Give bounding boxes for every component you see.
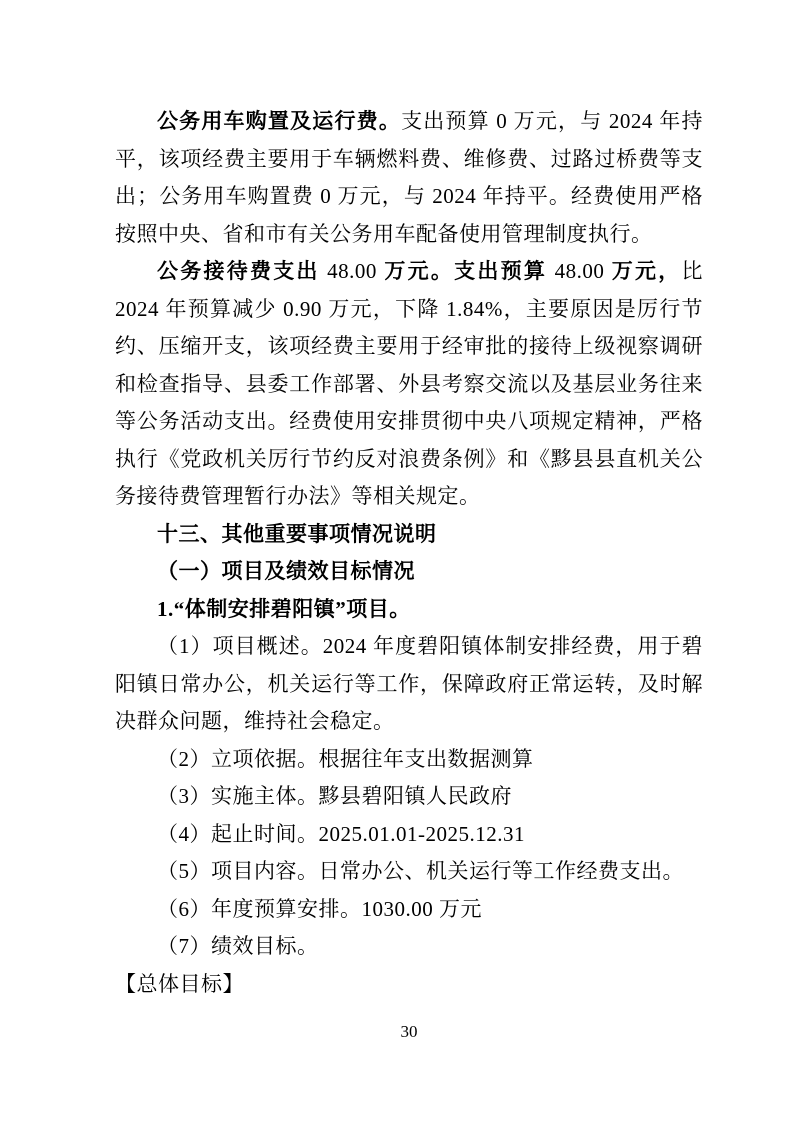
reception-expense-amount-1: 48.00 — [327, 259, 377, 283]
heading-project-biyang: 1.“体制安排碧阳镇”项目。 — [115, 591, 703, 629]
project-item-content: （5）项目内容。日常办公、机关运行等工作经费支出。 — [115, 853, 703, 891]
project-item-implementer: （3）实施主体。黟县碧阳镇人民政府 — [115, 778, 703, 816]
paragraph-vehicle-expense: 公务用车购置及运行费。支出预算 0 万元，与 2024 年持平，该项经费主要用于… — [115, 103, 703, 253]
reception-expense-body: 比 2024 年预算减少 0.90 万元，下降 1.84%，主要原因是厉行节约、… — [115, 259, 703, 508]
document-page: 公务用车购置及运行费。支出预算 0 万元，与 2024 年持平，该项经费主要用于… — [0, 0, 793, 1122]
reception-expense-lead-1: 公务接待费支出 — [157, 259, 327, 283]
project-item-budget: （6）年度预算安排。1030.00 万元 — [115, 891, 703, 929]
document-text-block: 公务用车购置及运行费。支出预算 0 万元，与 2024 年持平，该项经费主要用于… — [115, 103, 703, 1003]
vehicle-expense-lead: 公务用车购置及运行费。 — [157, 109, 401, 133]
paragraph-reception-expense: 公务接待费支出 48.00 万元。支出预算 48.00 万元，比 2024 年预… — [115, 253, 703, 516]
project-item-basis: （2）立项依据。根据往年支出数据测算 — [115, 741, 703, 779]
overall-goal-label: 【总体目标】 — [115, 966, 703, 1004]
page-number: 30 — [115, 1022, 703, 1042]
project-item-performance: （7）绩效目标。 — [115, 928, 703, 966]
heading-section-13: 十三、其他重要事项情况说明 — [115, 516, 703, 554]
project-item-duration: （4）起止时间。2025.01.01-2025.12.31 — [115, 816, 703, 854]
project-item-overview: （1）项目概述。2024 年度碧阳镇体制安排经费，用于碧阳镇日常办公，机关运行等… — [115, 628, 703, 741]
heading-subsection-1: （一）项目及绩效目标情况 — [115, 553, 703, 591]
reception-expense-lead-3: 万元， — [604, 259, 681, 283]
reception-expense-lead-2: 万元。支出预算 — [377, 259, 555, 283]
reception-expense-amount-2: 48.00 — [555, 259, 605, 283]
